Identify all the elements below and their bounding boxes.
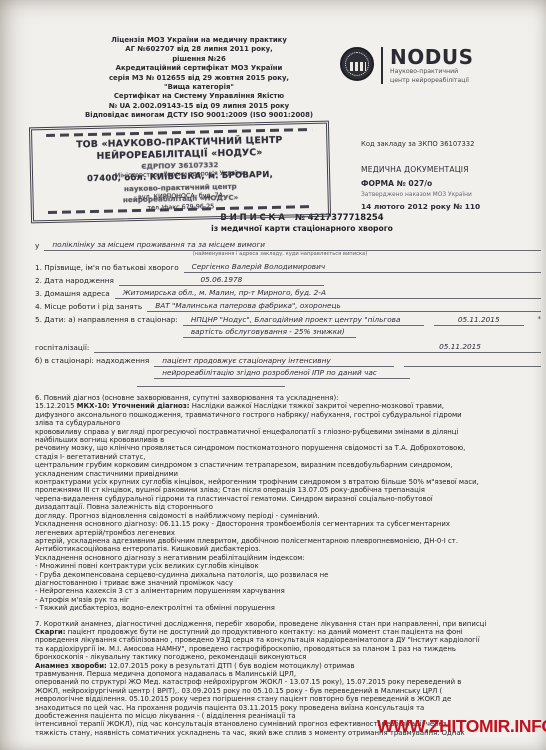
field-patient-name: 1. Прізвище, ім'я по батькові хворого Се… — [35, 261, 541, 273]
text-line: Ліцензія МОЗ України на медичну практику — [56, 36, 342, 45]
text-line: неврологічне відділення. 05.10.2015 року… — [35, 695, 541, 703]
hospitalization-label: госпіталізації: — [35, 342, 94, 353]
hospitalization-date-value: 05.11.2015 — [401, 341, 519, 353]
text-line: черепа-видалення субдуральної гідроми та… — [35, 495, 541, 503]
text-line: Акредитаційний сертифікат МОЗ України — [56, 64, 342, 73]
field-workplace: 4. Місце роботи і рід занять ВАТ "Малинс… — [35, 300, 541, 312]
patient-name-value: Сергієнко Валерій Володимирович — [184, 261, 541, 273]
admission-referral-value: НПЦНР "Нодус", Благодійний проект центру… — [183, 314, 424, 338]
field-home-address: 3. Домашня адреса Житомирська обл., м. М… — [35, 287, 541, 299]
text-line: речовину мозку, що клінічно проявляється… — [35, 444, 541, 452]
doc-type-label: МЕДИЧНА ДОКУМЕНТАЦІЯ — [361, 165, 543, 174]
text-line: АГ №602707 від 28 липня 2011 року, — [56, 45, 342, 54]
nodus-logo: NODUS Науково-практичний центр нейрореаб… — [340, 47, 474, 84]
text-line: зліва та субдурального — [35, 419, 541, 427]
text-line: ускладненим спастичними привідними — [35, 470, 541, 478]
text-line: серія МЗ № 012655 від 29 жовтня 2015 рок… — [56, 74, 342, 83]
text-line: - Множинні повні контрактури усіх велики… — [35, 562, 541, 570]
brand-name: NODUS — [390, 47, 474, 67]
inpatient-status-value: пацієнт продовжує стаціонарну інтенсивну… — [154, 355, 541, 379]
text-line: дифузного аксонального пошкодження, трав… — [35, 411, 541, 419]
section-6-diagnosis: 6. Повний діагноз (основне захворювання,… — [35, 394, 541, 613]
text-line: оперований по структурі ЖО Мед. катастро… — [35, 678, 541, 686]
text-line: Антибіотикасоційована ентеропатія. Кишко… — [35, 545, 541, 553]
brand-subtitle-line1: Науково-практичний — [390, 68, 474, 76]
text-line: № UA 2.002.09143-15 від 09 липня 2015 ро… — [56, 102, 342, 111]
text-line: Анамнез хвороби: 12.07.2015 року в резул… — [35, 662, 541, 670]
text-line: крововиливу справа у вигляді прогресуючо… — [35, 428, 541, 436]
stamp-nodus-text: нейрореабілітації «НОДУС» — [123, 193, 239, 205]
home-address-value: Житомирська обл., м. Малин, пр-т Мирного… — [115, 287, 541, 299]
destination-value: поліклініку за місцем проживання та за м… — [44, 239, 541, 251]
text-line: дизадаптації. Повна залежність від сторо… — [35, 503, 541, 511]
text-line: Ускладнення основного діагнозу: 06.11.15… — [35, 520, 541, 528]
clinic-stamp: ТОВ «НАУКОВО-ПРАКТИЧНИЙ ЦЕНТР НЕЙРОРЕАБІ… — [29, 121, 331, 224]
text-line: 15.12.2015 МКХ-10: Уточнений діагноз: На… — [35, 402, 541, 410]
document-meta: Код закладу за ЗКПО 36107332 МЕДИЧНА ДОК… — [361, 140, 543, 211]
asterisk-mark: * — [538, 314, 542, 325]
text-line: та кардіохірургії ім. М.І. Амосова НАМНУ… — [35, 645, 541, 653]
referral-date-value: 05.11.2015 — [434, 314, 524, 326]
form-body: у поліклініку за місцем проживання та за… — [35, 239, 541, 737]
home-address-label: 3. Домашня адреса — [35, 288, 115, 299]
text-line: - Тяжкий дисбактеріоз, водно-електролітн… — [35, 604, 541, 612]
text-line: - Атрофія м'язів рук та ніг — [35, 596, 541, 604]
field-admission-dates: 5. Дати: а) направлення в стаціонар: НПЦ… — [35, 314, 541, 338]
patient-name-label: 1. Прізвище, ім'я по батькові хворого — [35, 262, 184, 273]
text-line: - Груба декомпенсована серцево-судинна д… — [35, 571, 541, 579]
text-line: знаходиться по цей час. На прохання роди… — [35, 704, 541, 712]
birth-date-value: 05.06.1978 — [119, 274, 324, 286]
inpatient-value-line2: нейрореабілітацію згідно розробленої ІПР… — [154, 367, 409, 379]
text-line: найбільших вогнищ крововиливів в — [35, 436, 541, 444]
text-line: проведення лікування стабілізовано , про… — [35, 636, 541, 644]
text-line: - Нейрогенна кахексія 3 ст з аліментарни… — [35, 587, 541, 595]
birth-date-label: 2. Дата народження — [35, 275, 119, 286]
approved-by-label: Затверджено наказом МОЗ України — [361, 192, 543, 198]
field-hospitalization: госпіталізації: 05.11.2015 — [35, 341, 541, 353]
stamp-phone-text: тел./факс 679-96-25 — [147, 203, 214, 212]
text-line: контрактурами усіх крупних суглобів кінц… — [35, 478, 541, 486]
text-line: травмування. Перша медична допомога нада… — [35, 670, 541, 678]
field-birth-date: 2. Дата народження 05.06.1978 — [35, 274, 541, 286]
license-header: Ліцензія МОЗ України на медичну практику… — [56, 36, 342, 121]
field-destination: у поліклініку за місцем проживання та за… — [35, 239, 541, 251]
text-line: догляду. Прогноз відновлення свідомості … — [35, 512, 541, 520]
institution-code: Код закладу за ЗКПО 36107332 — [361, 140, 543, 148]
form-number: ФОРМА № 027/о — [361, 179, 543, 188]
text-line: артерій, ускладнена адгезивним двобічним… — [35, 537, 541, 545]
section-6-header: 6. Повний діагноз (основне захворювання,… — [35, 394, 541, 402]
text-line: Відповідає вимогам ДСТУ ISO 9001:2009 (I… — [56, 111, 342, 120]
text-line: рішення №26 — [56, 55, 342, 64]
text-line: пролежнями III ст кінцівок, вушної раков… — [35, 486, 541, 494]
text-line: "Вища категорія" — [56, 83, 342, 92]
section-6-text: 15.12.2015 МКХ-10: Уточнений діагноз: На… — [35, 402, 541, 612]
order-date-number: 14 лютого 2012 року № 110 — [361, 202, 543, 211]
text-line: Ускладнення основного діагнозу з негатив… — [35, 554, 541, 562]
inpatient-status-label: б) в стаціонарі: надходження — [35, 355, 154, 366]
blank-underline — [137, 382, 285, 387]
title-subtitle: із медичної карти стаціонарного хворого — [135, 224, 469, 233]
referral-value-line2: вартість обслуговування - 25% знижки) — [183, 326, 357, 338]
section-7-header: 7. Короткий анамнез, діагностичні дослід… — [35, 620, 541, 628]
nodus-logo-text: NODUS Науково-практичний центр нейрореаб… — [381, 47, 474, 84]
inpatient-value-line1: пацієнт продовжує стаціонарну інтенсивну — [154, 355, 394, 367]
admission-dates-label: 5. Дати: а) направлення в стаціонар: — [35, 314, 183, 325]
field-inpatient-status: б) в стаціонарі: надходження пацієнт про… — [35, 355, 541, 379]
nodus-seal-icon — [340, 47, 374, 81]
referral-value-line1: НПЦНР "Нодус", Благодійний проект центру… — [183, 314, 424, 326]
hospitalization-blank-tail — [519, 343, 541, 353]
text-line: стадія I- вегетативний статус, — [35, 453, 541, 461]
text-line: бронхоскопія - лікувальну тактику погодж… — [35, 653, 541, 661]
brand-subtitle-line2: центр нейрореабілітації — [390, 77, 474, 85]
hospitalization-blank — [94, 343, 401, 353]
scanned-medical-document: Ліцензія МОЗ України на медичну практику… — [0, 0, 546, 750]
text-line: Скарги: пацієнт продовжує бути не доступ… — [35, 628, 541, 636]
text-line: ЖОКЛ, нейрохірургічний центр ( ВРІТ),. 0… — [35, 687, 541, 695]
destination-caption: (найменування і адреса закладу, куди нап… — [130, 251, 430, 258]
workplace-label: 4. Місце роботи і рід занять — [35, 301, 147, 312]
text-line: діагностованною і триває вже значний про… — [35, 579, 541, 587]
text-line: легеневих артерій/тромбоз легеневих — [35, 529, 541, 537]
stamp-edrpou-text: ЄДРПОУ 36107332 — [141, 160, 218, 171]
inpatient-blank-segment — [404, 355, 541, 367]
destination-prefix: у — [35, 240, 44, 251]
text-line: центральним грубим корковим синдромом з … — [35, 461, 541, 469]
site-watermark: WWW.ZHITOMIR.INFO — [377, 716, 546, 737]
workplace-value: ВАТ "Малинська паперова фабрика", охорон… — [147, 300, 541, 312]
text-line: Сертифікат на Систему Управління Якістю — [56, 92, 342, 101]
